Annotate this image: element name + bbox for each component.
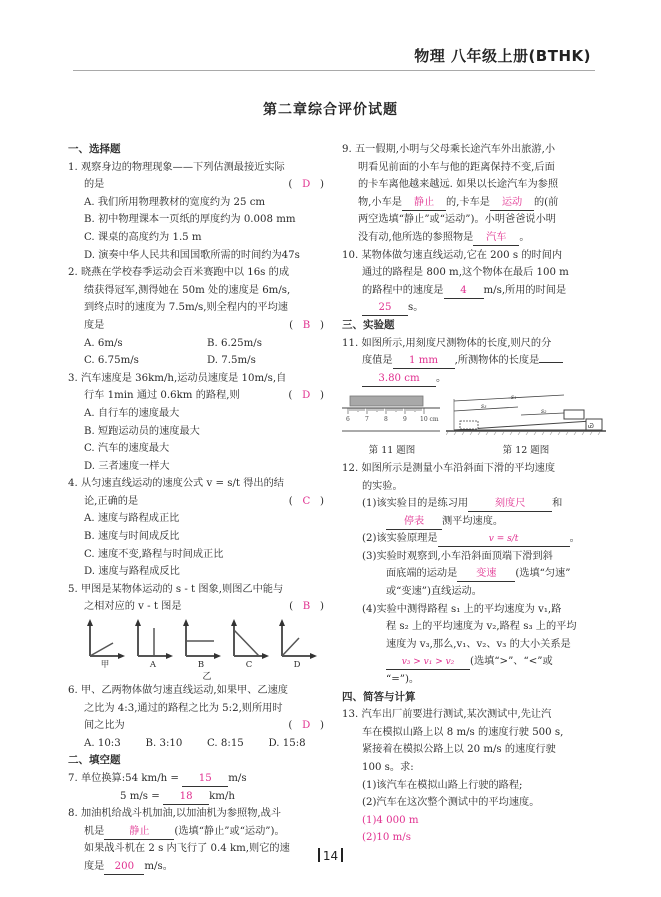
answer-blank: 变速 (457, 567, 515, 582)
question-stem: 单位换算:54 km/h = (81, 773, 179, 784)
question-stem: 机是 (84, 826, 104, 837)
option-a: A. 速度与路程成正比 (68, 510, 330, 528)
question-stem: 5 m/s = (120, 791, 160, 802)
graph-a: A (132, 618, 174, 676)
question-stem: 车在模拟山路上以 8 m/s 的速度行驶 500 s, (342, 724, 606, 742)
answer-bracket: ( D ) (288, 387, 324, 405)
figure-11: 6 7 8 9 10 cm 第 11 题图 (342, 393, 442, 458)
question-number: 2. (68, 267, 78, 278)
incline-cart-diagram-icon: Ꮚ s₁ s₃ s₂ (446, 393, 606, 437)
option-d: D. 7.5m/s (207, 352, 330, 370)
question-number: 1. (68, 162, 78, 173)
question-8: 8. 加油机给战斗机加油,以加油机为参照物,战斗 机是静止(选填“静止”或“运动… (68, 805, 330, 875)
answer-choice: B (303, 320, 311, 331)
svg-text:7: 7 (365, 416, 369, 423)
question-stem: 从匀速直线运动的速度公式 v = s/t 得出的结 (81, 478, 284, 489)
graph-c: C (228, 618, 270, 676)
v-t-graph-icon (133, 618, 173, 660)
figures-row: 6 7 8 9 10 cm 第 11 题图 Ꮚ (342, 393, 606, 458)
question-stem: 汽车速度是 36km/h,运动员速度是 10m/s,自 (81, 373, 286, 384)
answer-text: (1)4 000 m (342, 812, 606, 830)
question-stem: 五一假期,小明与父母乘长途汽车外出旅游,小 (355, 144, 555, 155)
answer-blank: 15 (182, 772, 228, 787)
question-stem: 甲、乙两物体做匀速直线运动,如果甲、乙速度 (81, 685, 288, 696)
figure-caption: 第 11 题图 (342, 444, 442, 458)
question-stem: 观察身边的物理现象——下列估测最接近实际 (81, 162, 285, 173)
option-c: C. 速度不变,路程与时间成正比 (68, 546, 330, 564)
book-header-title: 物理 八年级上册(BTHK) (414, 45, 591, 66)
unit-label: km/h (209, 791, 235, 802)
answer-blank-continuation (539, 362, 563, 363)
answer-bracket: ( C ) (289, 493, 324, 511)
sub-question: (1)该汽车在模拟山路上行驶的路程; (342, 777, 606, 795)
sub-question-number: (4) (362, 604, 376, 615)
unit-label: s。 (408, 302, 423, 313)
option-b: B. 短跑运动员的速度最大 (68, 423, 330, 441)
option-d: D. 15:8 (269, 735, 331, 753)
question-stem: 实验时观察到,小车沿斜面顶端下滑到斜 (376, 551, 552, 562)
answer-choice: D (302, 390, 310, 401)
question-stem: 的卡车离他越来越远. 如果以长途汽车为参照 (342, 176, 606, 194)
question-stem: 之比为 4:3,通过的路程之比为 5:2,则所用时 (68, 700, 330, 718)
question-stem: 的(前 (534, 197, 558, 208)
question-stem: 该实验原理是 (376, 533, 437, 544)
answer-blank: v₃ > v₁ > v₂ (386, 655, 470, 670)
question-stem: 或“变速”)直线运动。 (342, 583, 606, 601)
question-stem: 程 s₂ 上的平均速度为 v₂,路程 s₃ 上的平均 (342, 618, 606, 636)
answer-blank: 18 (163, 790, 209, 805)
question-number: 12. (342, 463, 358, 474)
question-stem: 紧接着在模拟公路上以 20 m/s 的速度行驶 (342, 741, 606, 759)
question-stem: 度值是 (362, 355, 393, 366)
question-7: 7. 单位换算:54 km/h = 15m/s 5 m/s = 18km/h (68, 770, 330, 805)
option-b: B. 3:10 (146, 735, 208, 753)
unit-label: m/s (228, 773, 246, 784)
graph-label: C (246, 660, 253, 670)
option-c: C. 6.75m/s (84, 352, 207, 370)
question-stem: 明看见前面的小车与他的距离保持不变,后面 (342, 159, 606, 177)
option-b: B. 初中物理课本一页纸的厚度约为 0.008 mm (68, 211, 330, 229)
answer-blank: 3.80 cm (362, 372, 436, 387)
question-number: 3. (68, 373, 78, 384)
v-t-graph-icon (277, 618, 317, 660)
question-stem: 甲图是某物体运动的 s - t 图象,则图乙中能与 (81, 584, 283, 595)
question-stem: 间之比为 (84, 717, 125, 735)
answer-blank: 运动 (490, 196, 534, 211)
answer-blank: 4 (444, 284, 484, 299)
question-12: 12. 如图所示是测量小车沿斜面下滑的平均速度 的实验。 (1)该实验目的是练习… (342, 460, 606, 689)
question-stem: m/s,所用的时间是 (484, 285, 567, 296)
option-c: C. 汽车的速度最大 (68, 440, 330, 458)
question-stem: 通过的路程是 800 m,这个物体在最后 100 m (342, 264, 606, 282)
question-stem: 速度为 v₃,那么,v₁、v₂、v₃ 的大小关系是 (342, 636, 606, 654)
answer-choice: D (302, 720, 310, 731)
answer-bracket: ( D ) (288, 717, 324, 735)
svg-text:s₂: s₂ (541, 408, 547, 415)
question-stem: 的路程中的速度是 (362, 285, 444, 296)
v-t-graph-icon (229, 618, 269, 660)
question-stem: 实验中测得路程 s₁ 上的平均速度为 v₁,路 (376, 604, 561, 615)
svg-text:s₃: s₃ (481, 403, 487, 410)
answer-bracket: ( B ) (289, 317, 324, 335)
question-number: 11. (342, 338, 358, 349)
question-2: 2. 晓燕在学校春季运动会百米赛跑中以 16s 的成 绩获得冠军,测得她在 50… (68, 264, 330, 370)
question-1: 1. 观察身边的物理现象——下列估测最接近实际 的是 ( D ) A. 我们所用… (68, 159, 330, 265)
question-3: 3. 汽车速度是 36km/h,运动员速度是 10m/s,自 行车 1min 通… (68, 370, 330, 476)
graph-label: D (294, 660, 301, 670)
section-heading-experiment: 三、实验题 (342, 317, 606, 335)
sub-question-number: (2) (362, 533, 376, 544)
question-number: 9. (342, 144, 352, 155)
question-stem: 之相对应的 v - t 图是 (84, 598, 182, 616)
answer-choice: B (303, 601, 311, 612)
figure-caption: 第 12 题图 (446, 444, 606, 458)
option-a: A. 6m/s (84, 335, 207, 353)
answer-blank: 停表 (386, 515, 442, 530)
question-stem: 物,小车是 (358, 197, 402, 208)
question-stem: (选填“>”、“<”或 (470, 656, 553, 667)
question-stem: (选填“匀速” (515, 568, 570, 579)
question-9: 9. 五一假期,小明与父母乘长途汽车外出旅游,小 明看见前面的小车与他的距离保持… (342, 141, 606, 247)
question-5: 5. 甲图是某物体运动的 s - t 图象,则图乙中能与 之相对应的 v - t… (68, 581, 330, 682)
graph-jia: 甲 (84, 618, 126, 676)
question-stem: 如图所示是测量小车沿斜面下滑的平均速度 (361, 463, 555, 474)
option-d: D. 速度与路程成反比 (68, 563, 330, 581)
question-stem: 两空选填“静止”或“运动”)。小明爸爸说小明 (342, 211, 606, 229)
answer-choice: D (302, 179, 310, 190)
question-stem: 度是 (84, 317, 104, 335)
v-t-graph-icon (181, 618, 221, 660)
svg-text:s₁: s₁ (511, 394, 516, 401)
page-number-bar-right (341, 848, 343, 862)
answer-blank: v = s/t (438, 532, 570, 547)
left-column: 一、选择题 1. 观察身边的物理现象——下列估测最接近实际 的是 ( D ) A… (68, 141, 330, 876)
question-number: 7. (68, 773, 78, 784)
s-t-graph-icon (85, 618, 125, 660)
question-stem: 。 (436, 373, 446, 384)
question-6: 6. 甲、乙两物体做匀速直线运动,如果甲、乙速度 之比为 4:3,通过的路程之比… (68, 682, 330, 752)
answer-blank: 1 mm (393, 354, 455, 369)
graph-label: B (198, 660, 204, 670)
answer-blank: 刻度尺 (468, 497, 552, 512)
option-a: A. 我们所用物理教材的宽度约为 25 cm (68, 194, 330, 212)
question-number: 13. (342, 709, 358, 720)
answer-choice: C (303, 496, 311, 507)
question-stem: 该实验目的是练习用 (376, 498, 468, 509)
question-stem: “=”)。 (342, 671, 606, 689)
question-stem: 加油机给战斗机加油,以加油机为参照物,战斗 (81, 808, 281, 819)
section-heading-fill: 二、填空题 (68, 752, 330, 770)
option-b: B. 6.25m/s (207, 335, 330, 353)
question-11: 11. 如图所示,用刻度尺测物体的长度,则尺的分 度值是1 mm,所测物体的长度… (342, 335, 606, 388)
question-stem: 某物体做匀速直线运动,它在 200 s 的时间内 (361, 250, 562, 261)
graph-label: A (150, 660, 156, 670)
question-stem: 。 (519, 232, 529, 243)
svg-text:Ꮚ: Ꮚ (588, 422, 594, 430)
question-stem: 。 (570, 533, 580, 544)
question-number: 8. (68, 808, 78, 819)
section-heading-choice: 一、选择题 (68, 141, 330, 159)
question-stem: 如图所示,用刻度尺测物体的长度,则尺的分 (361, 338, 551, 349)
page-number-value: 14 (323, 849, 338, 863)
sub-question-number: (3) (362, 551, 376, 562)
question-stem: (选填“静止”或“运动”)。 (174, 826, 284, 837)
question-stem: 行车 1min 通过 0.6km 的路程,则 (84, 387, 240, 405)
question-stem: 的是 (84, 176, 104, 194)
question-stem: 和 (552, 498, 562, 509)
question-4: 4. 从匀速直线运动的速度公式 v = s/t 得出的结 论,正确的是 ( C … (68, 475, 330, 581)
graph-d: D (276, 618, 318, 676)
graph-label: 甲 (101, 660, 110, 670)
svg-text:6: 6 (346, 416, 350, 423)
answer-blank: 25 (362, 301, 408, 316)
option-c: C. 课桌的高度约为 1.5 m (68, 229, 330, 247)
svg-text:8: 8 (384, 416, 388, 423)
question-stem: 绩获得冠军,测得她在 50m 处的速度是 6m/s, (68, 282, 330, 300)
sub-question-number: (1) (362, 498, 376, 509)
option-d: D. 演奏中华人民共和国国歌所需的时间约为47s (68, 247, 330, 265)
question-number: 4. (68, 478, 78, 489)
question-stem: 论,正确的是 (84, 493, 138, 511)
page-title: 第二章综合评价试题 (0, 99, 661, 119)
option-d: D. 三者速度一样大 (68, 458, 330, 476)
svg-text:9: 9 (403, 416, 407, 423)
question-stem: 到终点时的速度为 7.5m/s,则全程内的平均速 (68, 299, 330, 317)
header-divider (73, 70, 595, 71)
question-stem: 晓燕在学校春季运动会百米赛跑中以 16s 的成 (81, 267, 289, 278)
question-stem: 没有动,他所选的参照物是 (358, 232, 473, 243)
svg-text:10 cm: 10 cm (420, 416, 439, 423)
answer-blank: 汽车 (473, 231, 519, 246)
page-number-bar-left (318, 848, 320, 862)
question-10: 10. 某物体做匀速直线运动,它在 200 s 的时间内 通过的路程是 800 … (342, 247, 606, 317)
question-number: 5. (68, 584, 78, 595)
graph-b: B (180, 618, 222, 676)
question-stem: 测平均速度。 (442, 516, 503, 527)
right-column: 9. 五一假期,小明与父母乘长途汽车外出旅游,小 明看见前面的小车与他的距离保持… (342, 141, 606, 847)
option-a: A. 10:3 (84, 735, 146, 753)
answer-blank: 静止 (104, 825, 174, 840)
question-stem: 的实验。 (342, 478, 606, 496)
figure-12: Ꮚ s₁ s₃ s₂ 第 12 题图 (446, 393, 606, 458)
motion-graphs-figure: 甲 A B (68, 618, 330, 676)
option-a: A. 自行车的速度最大 (68, 405, 330, 423)
answer-blank: 静止 (402, 196, 446, 211)
ruler-diagram-icon: 6 7 8 9 10 cm (342, 393, 442, 437)
question-stem: 面底端的运动是 (386, 568, 457, 579)
answer-text: (2)10 m/s (342, 829, 606, 847)
question-stem: 的,卡车是 (446, 197, 490, 208)
answer-bracket: ( B ) (289, 598, 324, 616)
question-stem: ,所测物体的长度是 (455, 355, 540, 366)
question-stem: 汽车出厂前要进行测试,某次测试中,先让汽 (361, 709, 551, 720)
option-b: B. 速度与时间成反比 (68, 528, 330, 546)
question-stem: 100 s。求: (342, 759, 606, 777)
option-c: C. 8:15 (207, 735, 269, 753)
sub-question: (2)汽车在这次整个测试中的平均速度。 (342, 794, 606, 812)
question-13: 13. 汽车出厂前要进行测试,某次测试中,先让汽 车在模拟山路上以 8 m/s … (342, 706, 606, 847)
question-number: 10. (342, 250, 358, 261)
question-number: 6. (68, 685, 78, 696)
answer-bracket: ( D ) (288, 176, 324, 194)
section-heading-calculation: 四、简答与计算 (342, 689, 606, 707)
page-number: 14 (0, 848, 661, 863)
